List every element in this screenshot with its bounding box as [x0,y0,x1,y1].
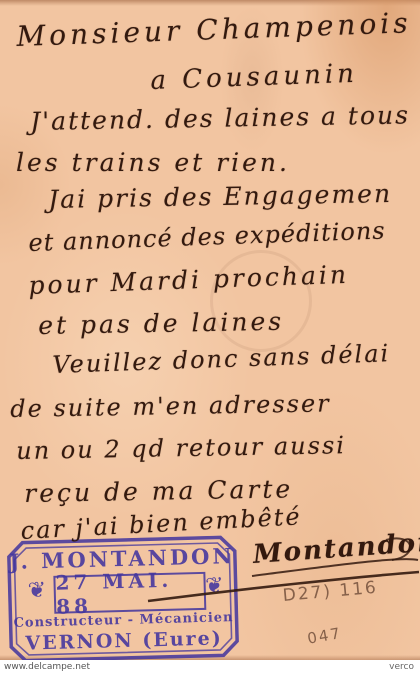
handwriting-line: un ou 2 qd retour aussi [16,431,346,465]
handwriting-line: et pas de laines [38,307,284,340]
handwriting-line: J'attend. des laines a tous [30,100,410,136]
delcampe-watermark: www.delcampe.net [4,662,90,672]
fleuron-ornament-icon: ❦ [205,575,224,597]
postcard-scan: Monsieur Champenois a Cousaunin J'attend… [0,0,420,674]
signature: Montandon [252,527,420,570]
scan-footer-strip: www.delcampe.net verco [0,660,420,674]
handwriting-line: de suite m'en adresser [10,389,331,423]
stamp-date-box: 27 MAI. 88 [53,572,206,614]
handwriting-line: Jai pris des Engagemen [48,179,392,214]
merchant-rubber-stamp: J. MONTANDON ❦ 27 MAI. 88 ❦ Constructeur… [6,535,239,663]
handwriting-line: reçu de ma Carte [24,474,293,508]
seller-watermark: verco [389,662,414,672]
pencil-catalog-note: D27) 116 [282,578,379,606]
handwriting-line: Monsieur Champenois [16,6,412,53]
handwriting-line: Veuillez donc sans délai [52,339,391,379]
handwriting-line: et annoncé des expéditions [28,217,386,257]
postcard-background: Monsieur Champenois a Cousaunin J'attend… [0,0,420,660]
fleuron-ornament-icon: ❦ [27,580,46,602]
pencil-number-note: 047 [306,624,343,648]
handwriting-line: a Cousaunin [150,59,358,96]
handwriting-line: les trains et rien. [16,148,290,177]
